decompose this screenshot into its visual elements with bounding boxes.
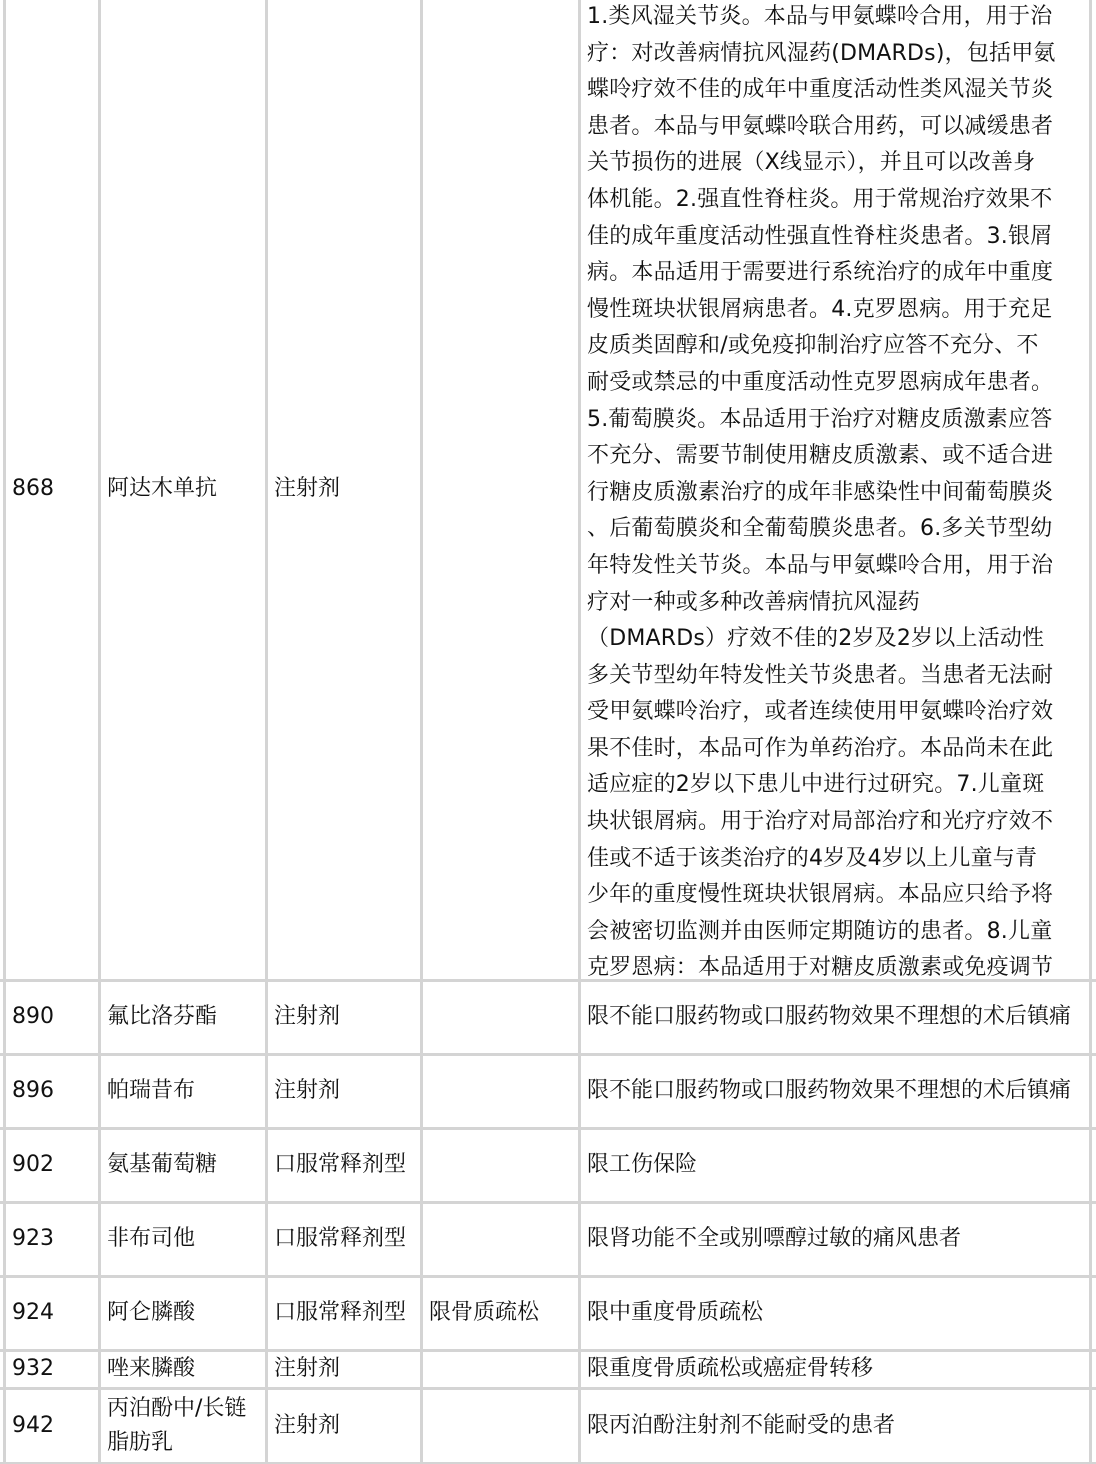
cell-drug-name[interactable]: 丙泊酚中/长链脂肪乳 [98, 1390, 266, 1462]
cell-dosage-form-text: 口服常释剂型 [274, 1295, 406, 1332]
cell-note-line: 5.葡萄膜炎。本品适用于治疗对糖皮质激素应答 [587, 402, 1056, 439]
cell-note-line: 1.类风湿关节炎。本品与甲氨蝶呤合用，用于治 [587, 0, 1056, 36]
cell-note-line: 患者。本品与甲氨蝶呤联合用药，可以减缓患者 [587, 109, 1056, 146]
cell-note-text: 限中重度骨质疏松 [587, 1295, 763, 1332]
cell-note-line: （DMARDs）疗效不佳的2岁及2岁以上活动性 [587, 621, 1056, 658]
cell-dosage-form-text: 注射剂 [274, 1408, 340, 1445]
cell-note-text: 限重度骨质疏松或癌症骨转移 [587, 1352, 873, 1387]
cell-dosage-form[interactable]: 注射剂 [265, 0, 421, 979]
cell-note-line: 皮质类固醇和/或免疫抑制治疗应答不充分、不 [587, 328, 1056, 365]
cell-drug-name[interactable]: 氨基葡萄糖 [98, 1130, 266, 1201]
table-row: 942 丙泊酚中/长链脂肪乳 注射剂 限丙泊酚注射剂不能耐受的患者 [0, 1390, 1096, 1464]
cell-drug-name[interactable]: 阿仑膦酸 [98, 1278, 266, 1349]
cell-drug-name[interactable]: 唑来膦酸 [98, 1352, 266, 1387]
cell-dosage-form[interactable]: 口服常释剂型 [265, 1204, 421, 1275]
cell-note-line: 适应症的2岁以下患儿中进行过研究。7.儿童斑 [587, 767, 1056, 804]
cell-id[interactable]: 868 [3, 0, 99, 979]
cell-note[interactable]: 限重度骨质疏松或癌症骨转移 [578, 1352, 1092, 1387]
cell-note[interactable]: 限丙泊酚注射剂不能耐受的患者 [578, 1390, 1092, 1462]
cell-id-text: 890 [12, 999, 54, 1036]
cell-drug-name-text: 丙泊酚中/长链脂肪乳 [107, 1392, 264, 1460]
cell-restriction[interactable]: 限骨质疏松 [420, 1278, 579, 1349]
cell-drug-name-text: 帕瑞昔布 [107, 1073, 195, 1110]
cell-drug-name-text: 唑来膦酸 [107, 1352, 195, 1387]
cell-note-line: 耐受或禁忌的中重度活动性克罗恩病成年患者。 [587, 365, 1056, 402]
table-row: 932 唑来膦酸 注射剂 限重度骨质疏松或癌症骨转移 [0, 1352, 1096, 1390]
cell-note[interactable]: 限工伤保险 [578, 1130, 1092, 1201]
cell-dosage-form[interactable]: 注射剂 [265, 1352, 421, 1387]
table-row: 896 帕瑞昔布 注射剂 限不能口服药物或口服药物效果不理想的术后镇痛 [0, 1056, 1096, 1130]
cell-id[interactable]: 924 [3, 1278, 99, 1349]
cell-dosage-form[interactable]: 口服常释剂型 [265, 1130, 421, 1201]
cell-note-line: 少年的重度慢性斑块状银屑病。本品应只给予将 [587, 877, 1056, 914]
cell-id[interactable]: 902 [3, 1130, 99, 1201]
cell-restriction[interactable] [420, 1352, 579, 1387]
cell-dosage-form-text: 注射剂 [274, 1073, 340, 1110]
cell-note-line: 蝶呤疗效不佳的成年中重度活动性类风湿关节炎 [587, 72, 1056, 109]
table-row: 902 氨基葡萄糖 口服常释剂型 限工伤保险 [0, 1130, 1096, 1204]
cell-note-line: 多关节型幼年特发性关节炎患者。当患者无法耐 [587, 658, 1056, 695]
cell-dosage-form-text: 口服常释剂型 [274, 1147, 406, 1184]
cell-dosage-form[interactable]: 口服常释剂型 [265, 1278, 421, 1349]
cell-restriction-text: 限骨质疏松 [429, 1295, 539, 1332]
cell-note-line: 、后葡萄膜炎和全葡萄膜炎患者。6.多关节型幼 [587, 511, 1056, 548]
cell-note[interactable]: 限不能口服药物或口服药物效果不理想的术后镇痛 [578, 982, 1092, 1053]
table-row: 923 非布司他 口服常释剂型 限肾功能不全或别嘌醇过敏的痛风患者 [0, 1204, 1096, 1278]
cell-drug-name[interactable]: 阿达木单抗 [98, 0, 266, 979]
cell-id-text: 896 [12, 1073, 54, 1110]
cell-id[interactable]: 890 [3, 982, 99, 1053]
cell-dosage-form[interactable]: 注射剂 [265, 1390, 421, 1462]
cell-id-text: 902 [12, 1147, 54, 1184]
cell-drug-name-text: 非布司他 [107, 1221, 195, 1258]
cell-id[interactable]: 896 [3, 1056, 99, 1127]
cell-id-text: 868 [12, 471, 54, 508]
cell-drug-name-text: 氨基葡萄糖 [107, 1147, 217, 1184]
table-row: 924 阿仑膦酸 口服常释剂型 限骨质疏松 限中重度骨质疏松 [0, 1278, 1096, 1352]
cell-dosage-form-text: 注射剂 [274, 471, 340, 508]
cell-dosage-form-text: 口服常释剂型 [274, 1221, 406, 1258]
cell-note-line: 克罗恩病：本品适用于对糖皮质激素或免疫调节 [587, 950, 1056, 979]
cell-id-text: 923 [12, 1221, 54, 1258]
cell-note[interactable]: 1.类风湿关节炎。本品与甲氨蝶呤合用，用于治疗：对改善病情抗风湿药(DMARDs… [578, 0, 1092, 979]
cell-note-text: 限不能口服药物或口服药物效果不理想的术后镇痛 [587, 1073, 1071, 1110]
cell-note-line: 慢性斑块状银屑病患者。4.克罗恩病。用于充足 [587, 292, 1056, 329]
cell-drug-name-text: 阿仑膦酸 [107, 1295, 195, 1332]
cell-note-line: 病。本品适用于需要进行系统治疗的成年中重度 [587, 255, 1056, 292]
cell-restriction[interactable] [420, 982, 579, 1053]
cell-restriction[interactable] [420, 1056, 579, 1127]
cell-note-line: 疗对一种或多种改善病情抗风湿药 [587, 585, 1056, 622]
cell-dosage-form-text: 注射剂 [274, 1352, 340, 1387]
cell-drug-name-text: 阿达木单抗 [107, 471, 217, 508]
drug-list-table: 868 阿达木单抗 注射剂 1.类风湿关节炎。本品与甲氨蝶呤合用，用于治疗：对改… [0, 0, 1096, 1464]
cell-note-text: 限不能口服药物或口服药物效果不理想的术后镇痛 [587, 999, 1071, 1036]
cell-restriction[interactable] [420, 1130, 579, 1201]
cell-note[interactable]: 限中重度骨质疏松 [578, 1278, 1092, 1349]
cell-drug-name[interactable]: 氟比洛芬酯 [98, 982, 266, 1053]
cell-note-line: 块状银屑病。用于治疗对局部治疗和光疗疗效不 [587, 804, 1056, 841]
cell-dosage-form-text: 注射剂 [274, 999, 340, 1036]
cell-id-text: 942 [12, 1408, 54, 1445]
cell-drug-name[interactable]: 非布司他 [98, 1204, 266, 1275]
cell-note[interactable]: 限肾功能不全或别嘌醇过敏的痛风患者 [578, 1204, 1092, 1275]
table-row: 890 氟比洛芬酯 注射剂 限不能口服药物或口服药物效果不理想的术后镇痛 [0, 982, 1096, 1056]
cell-note-line: 年特发性关节炎。本品与甲氨蝶呤合用，用于治 [587, 548, 1056, 585]
cell-dosage-form[interactable]: 注射剂 [265, 982, 421, 1053]
cell-drug-name[interactable]: 帕瑞昔布 [98, 1056, 266, 1127]
cell-note-line: 不充分、需要节制使用糖皮质激素、或不适合进 [587, 438, 1056, 475]
cell-note-text: 限丙泊酚注射剂不能耐受的患者 [587, 1408, 895, 1445]
cell-restriction[interactable] [420, 1390, 579, 1462]
cell-restriction[interactable] [420, 1204, 579, 1275]
cell-note-line: 会被密切监测并由医师定期随访的患者。8.儿童 [587, 914, 1056, 951]
cell-note-line: 疗：对改善病情抗风湿药(DMARDs)，包括甲氨 [587, 36, 1056, 73]
cell-note-line: 果不佳时，本品可作为单药治疗。本品尚未在此 [587, 731, 1056, 768]
cell-id[interactable]: 932 [3, 1352, 99, 1387]
cell-note-text: 限肾功能不全或别嘌醇过敏的痛风患者 [587, 1221, 961, 1258]
cell-note-text: 1.类风湿关节炎。本品与甲氨蝶呤合用，用于治疗：对改善病情抗风湿药(DMARDs… [587, 0, 1056, 979]
cell-note-line: 佳的成年重度活动性强直性脊柱炎患者。3.银屑 [587, 219, 1056, 256]
cell-note[interactable]: 限不能口服药物或口服药物效果不理想的术后镇痛 [578, 1056, 1092, 1127]
cell-id-text: 932 [12, 1352, 54, 1387]
cell-note-line: 关节损伤的进展（X线显示），并且可以改善身 [587, 145, 1056, 182]
cell-note-line: 体机能。2.强直性脊柱炎。用于常规治疗效果不 [587, 182, 1056, 219]
cell-note-line: 行糖皮质激素治疗的成年非感染性中间葡萄膜炎 [587, 475, 1056, 512]
cell-note-line: 佳或不适于该类治疗的4岁及4岁以上儿童与青 [587, 841, 1056, 878]
cell-note-line: 受甲氨蝶呤治疗，或者连续使用甲氨蝶呤治疗效 [587, 694, 1056, 731]
cell-drug-name-text: 氟比洛芬酯 [107, 999, 217, 1036]
table-row: 868 阿达木单抗 注射剂 1.类风湿关节炎。本品与甲氨蝶呤合用，用于治疗：对改… [0, 0, 1096, 982]
cell-id-text: 924 [12, 1295, 54, 1332]
cell-dosage-form[interactable]: 注射剂 [265, 1056, 421, 1127]
cell-id[interactable]: 942 [3, 1390, 99, 1462]
cell-note-text: 限工伤保险 [587, 1147, 697, 1184]
cell-id[interactable]: 923 [3, 1204, 99, 1275]
cell-restriction[interactable] [420, 0, 579, 979]
